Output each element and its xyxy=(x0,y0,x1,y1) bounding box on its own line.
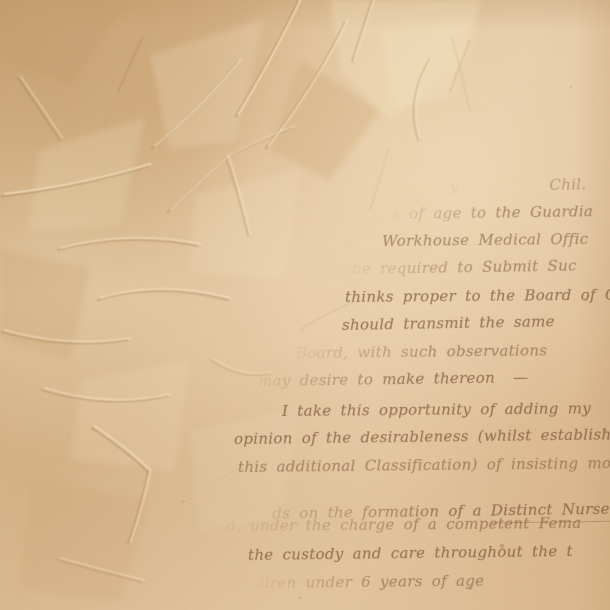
manuscript-line: be required to Submit Suc xyxy=(352,256,577,278)
manuscript-line: opinion of the desirableness (whilst est… xyxy=(234,425,610,448)
manuscript-line: this additional Classification) of insis… xyxy=(238,454,610,476)
manuscript-photo: y Chil. s of age to the Guardia Workhous… xyxy=(0,0,610,610)
manuscript-line: d, under the charge of a competent Fema xyxy=(226,514,582,535)
manuscript-line: Workhouse Medical Offic xyxy=(382,230,589,250)
manuscript-line: may desire to make thereon — xyxy=(258,368,529,390)
manuscript-line: thinks proper to the Board of Gua xyxy=(345,285,610,306)
manuscript-line: dren under 6 years of age xyxy=(260,572,485,592)
manuscript-line: the custody and care throughout the t xyxy=(248,542,573,564)
manuscript-line: I take this opportunity of adding my xyxy=(282,399,591,420)
manuscript-line: Board, with such observations xyxy=(296,341,547,362)
manuscript-line: s of age to the Guardia xyxy=(392,202,593,223)
manuscript-line: should transmit the same xyxy=(342,312,555,334)
manuscript-line: y Chil. xyxy=(450,175,587,196)
